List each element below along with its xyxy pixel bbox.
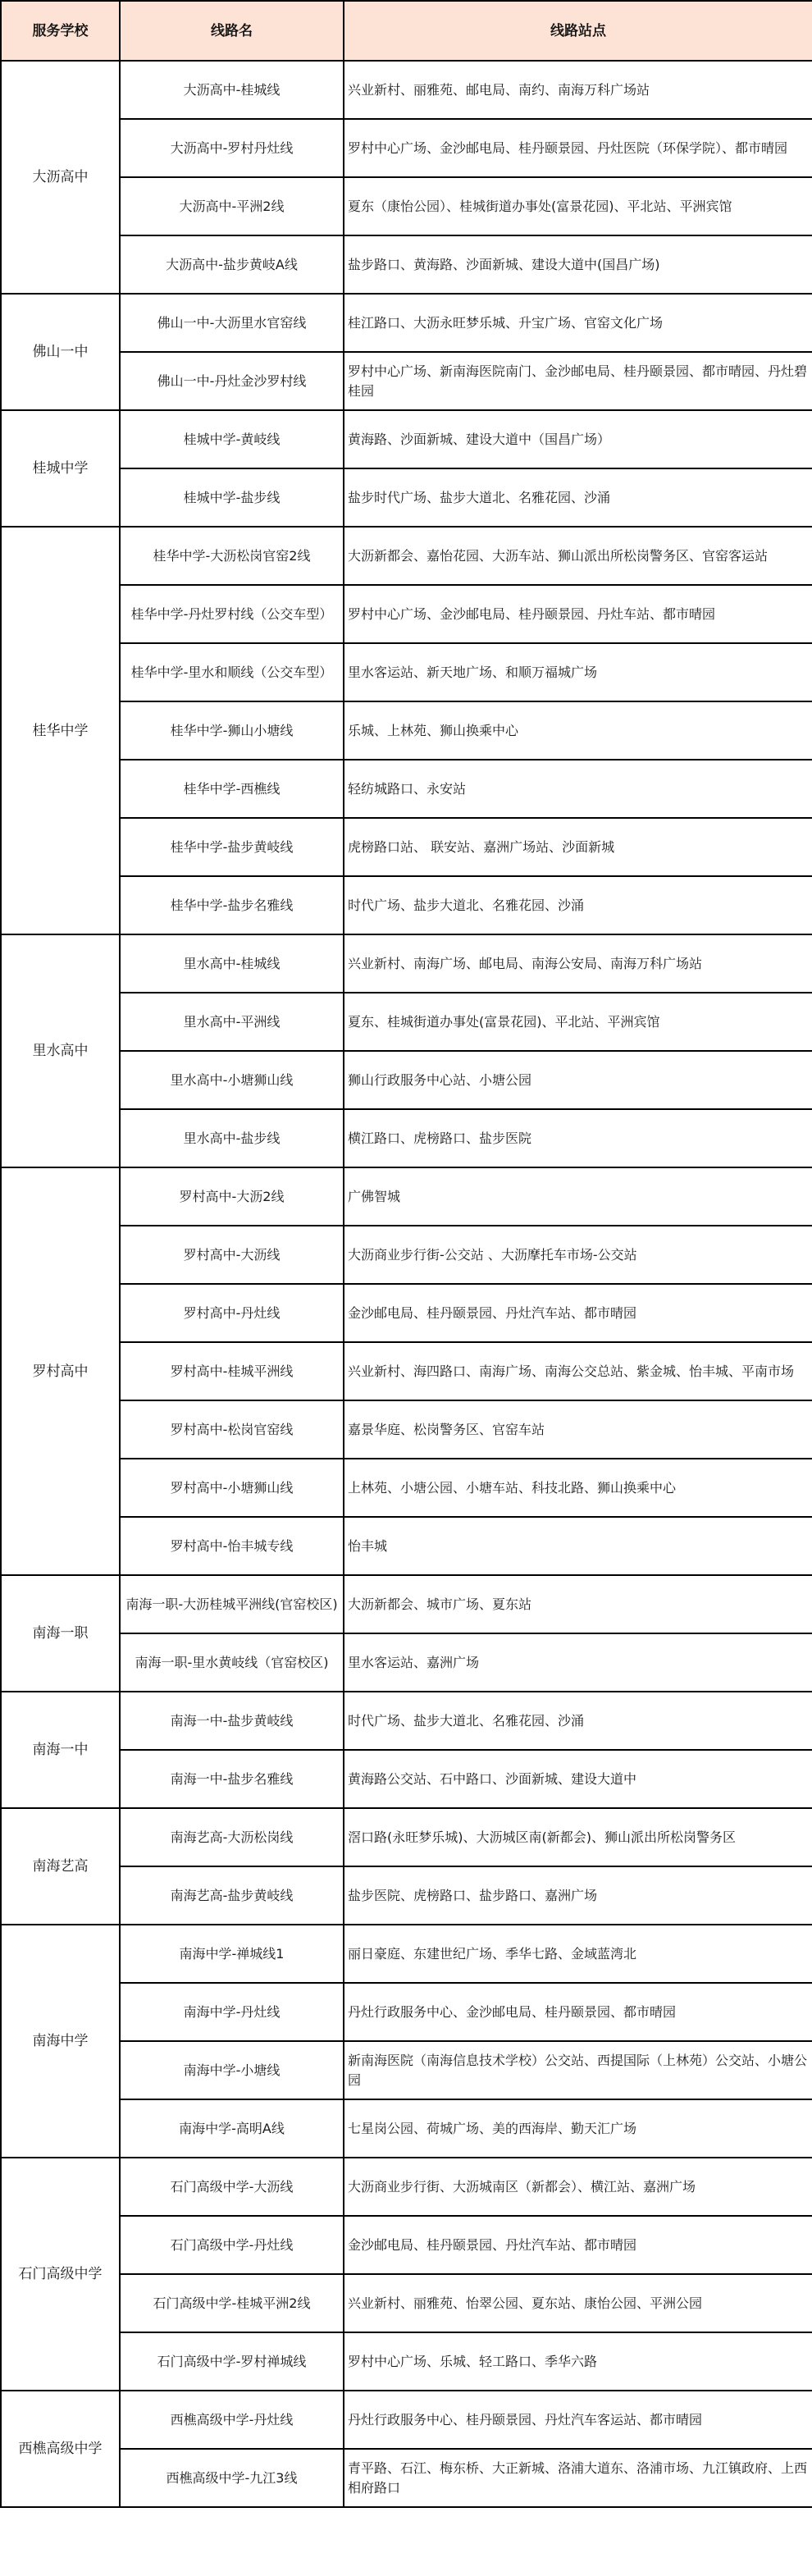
table-row: 南海艺高-盐步黄岐线盐步医院、虎榜路口、盐步路口、嘉洲广场	[1, 1866, 812, 1925]
route-name-cell: 罗村高中-怡丰城专线	[120, 1517, 344, 1575]
route-stops-cell: 轻纺城路口、永安站	[344, 760, 812, 818]
route-stops-cell: 罗村中心广场、乐城、轻工路口、季华六路	[344, 2332, 812, 2391]
route-stops-cell: 罗村中心广场、金沙邮电局、桂丹颐景园、丹灶医院（环保学院）、都市晴园	[344, 119, 812, 177]
route-name-cell: 南海艺高-大沥松岗线	[120, 1808, 344, 1866]
bus-route-table: 服务学校 线路名 线路站点 大沥高中大沥高中-桂城线兴业新村、丽雅苑、邮电局、南…	[0, 0, 812, 2508]
route-name-cell: 石门高级中学-桂城平洲2线	[120, 2274, 344, 2332]
route-stops-cell: 夏东（康怡公园）、桂城街道办事处(富景花园)、平北站、平洲宾馆	[344, 177, 812, 235]
table-row: 南海中学南海中学-禅城线1丽日豪庭、东建世纪广场、季华七路、金域蓝湾北	[1, 1925, 812, 1983]
table-row: 佛山一中-丹灶金沙罗村线罗村中心广场、新南海医院南门、金沙邮电局、桂丹颐景园、都…	[1, 352, 812, 410]
school-cell: 南海中学	[1, 1925, 120, 2158]
route-stops-cell: 大沥商业步行街、大沥城南区（新都会）、横江站、嘉洲广场	[344, 2158, 812, 2216]
route-stops-cell: 金沙邮电局、桂丹颐景园、丹灶汽车站、都市晴园	[344, 1284, 812, 1342]
route-name-cell: 罗村高中-小塘狮山线	[120, 1459, 344, 1517]
route-name-cell: 桂华中学-盐步名雅线	[120, 876, 344, 934]
route-name-cell: 桂华中学-狮山小塘线	[120, 701, 344, 760]
route-name-cell: 里水高中-小塘狮山线	[120, 1051, 344, 1109]
route-stops-cell: 时代广场、盐步大道北、名雅花园、沙涌	[344, 876, 812, 934]
table-row: 南海一中南海一中-盐步黄岐线时代广场、盐步大道北、名雅花园、沙涌	[1, 1692, 812, 1750]
route-name-cell: 桂城中学-盐步线	[120, 468, 344, 527]
route-stops-cell: 罗村中心广场、金沙邮电局、桂丹颐景园、丹灶车站、都市晴园	[344, 585, 812, 643]
route-name-cell: 南海中学-小塘线	[120, 2041, 344, 2099]
route-stops-cell: 七星岗公园、荷城广场、美的西海岸、勤天汇广场	[344, 2099, 812, 2158]
table-row: 桂华中学-丹灶罗村线（公交车型）罗村中心广场、金沙邮电局、桂丹颐景园、丹灶车站、…	[1, 585, 812, 643]
route-name-cell: 里水高中-平洲线	[120, 993, 344, 1051]
table-row: 桂华中学-西樵线轻纺城路口、永安站	[1, 760, 812, 818]
table-row: 罗村高中-丹灶线金沙邮电局、桂丹颐景园、丹灶汽车站、都市晴园	[1, 1284, 812, 1342]
route-stops-cell: 新南海医院（南海信息技术学校）公交站、西提国际（上林苑）公交站、小塘公园	[344, 2041, 812, 2099]
route-stops-cell: 丽日豪庭、东建世纪广场、季华七路、金域蓝湾北	[344, 1925, 812, 1983]
header-route: 线路名	[120, 1, 344, 61]
route-stops-cell: 狮山行政服务中心站、小塘公园	[344, 1051, 812, 1109]
route-stops-cell: 大沥新都会、嘉怡花园、大沥车站、狮山派出所松岗警务区、官窑客运站	[344, 527, 812, 585]
table-row: 里水高中-平洲线夏东、桂城街道办事处(富景花园)、平北站、平洲宾馆	[1, 993, 812, 1051]
table-row: 佛山一中佛山一中-大沥里水官窑线桂江路口、大沥永旺梦乐城、升宝广场、官窑文化广场	[1, 294, 812, 352]
table-row: 南海中学-高明A线七星岗公园、荷城广场、美的西海岸、勤天汇广场	[1, 2099, 812, 2158]
table-row: 南海一中-盐步名雅线黄海路公交站、石中路口、沙面新城、建设大道中	[1, 1750, 812, 1808]
route-stops-cell: 金沙邮电局、桂丹颐景园、丹灶汽车站、都市晴园	[344, 2216, 812, 2274]
table-row: 南海中学-丹灶线丹灶行政服务中心、金沙邮电局、桂丹颐景园、都市晴园	[1, 1983, 812, 2041]
route-name-cell: 南海一职-大沥桂城平洲线(官窑校区)	[120, 1575, 344, 1633]
route-name-cell: 南海一中-盐步名雅线	[120, 1750, 344, 1808]
route-name-cell: 桂华中学-里水和顺线（公交车型）	[120, 643, 344, 701]
table-row: 桂华中学-盐步黄岐线虎榜路口站、 联安站、嘉洲广场站、沙面新城	[1, 818, 812, 876]
route-name-cell: 佛山一中-丹灶金沙罗村线	[120, 352, 344, 410]
route-stops-cell: 怡丰城	[344, 1517, 812, 1575]
table-row: 南海一职-里水黄岐线（官窑校区)里水客运站、嘉洲广场	[1, 1633, 812, 1692]
route-stops-cell: 黄海路、沙面新城、建设大道中（国昌广场）	[344, 410, 812, 468]
route-name-cell: 桂华中学-丹灶罗村线（公交车型）	[120, 585, 344, 643]
route-stops-cell: 大沥新都会、城市广场、夏东站	[344, 1575, 812, 1633]
route-stops-cell: 兴业新村、南海广场、邮电局、南海公安局、南海万科广场站	[344, 934, 812, 993]
school-cell: 南海一中	[1, 1692, 120, 1808]
table-row: 南海中学-小塘线新南海医院（南海信息技术学校）公交站、西提国际（上林苑）公交站、…	[1, 2041, 812, 2099]
route-stops-cell: 虎榜路口站、 联安站、嘉洲广场站、沙面新城	[344, 818, 812, 876]
table-row: 里水高中-盐步线横江路口、虎榜路口、盐步医院	[1, 1109, 812, 1167]
route-stops-cell: 滘口路(永旺梦乐城)、大沥城区南(新都会)、狮山派出所松岗警务区	[344, 1808, 812, 1866]
table-row: 桂城中学-盐步线盐步时代广场、盐步大道北、名雅花园、沙涌	[1, 468, 812, 527]
table-row: 桂华中学-狮山小塘线乐城、上林苑、狮山换乘中心	[1, 701, 812, 760]
table-row: 大沥高中大沥高中-桂城线兴业新村、丽雅苑、邮电局、南约、南海万科广场站	[1, 61, 812, 119]
table-body: 大沥高中大沥高中-桂城线兴业新村、丽雅苑、邮电局、南约、南海万科广场站大沥高中-…	[1, 61, 812, 2507]
route-name-cell: 罗村高中-松岗官窑线	[120, 1400, 344, 1459]
route-name-cell: 石门高级中学-大沥线	[120, 2158, 344, 2216]
route-name-cell: 里水高中-盐步线	[120, 1109, 344, 1167]
route-name-cell: 罗村高中-丹灶线	[120, 1284, 344, 1342]
table-row: 石门高级中学-丹灶线金沙邮电局、桂丹颐景园、丹灶汽车站、都市晴园	[1, 2216, 812, 2274]
school-cell: 里水高中	[1, 934, 120, 1167]
route-name-cell: 南海一职-里水黄岐线（官窑校区)	[120, 1633, 344, 1692]
route-name-cell: 南海中学-高明A线	[120, 2099, 344, 2158]
route-stops-cell: 盐步路口、黄海路、沙面新城、建设大道中(国昌广场)	[344, 235, 812, 294]
route-stops-cell: 乐城、上林苑、狮山换乘中心	[344, 701, 812, 760]
header-school: 服务学校	[1, 1, 120, 61]
header-stops: 线路站点	[344, 1, 812, 61]
route-stops-cell: 黄海路公交站、石中路口、沙面新城、建设大道中	[344, 1750, 812, 1808]
table-row: 桂城中学桂城中学-黄岐线黄海路、沙面新城、建设大道中（国昌广场）	[1, 410, 812, 468]
route-name-cell: 石门高级中学-丹灶线	[120, 2216, 344, 2274]
route-stops-cell: 兴业新村、海四路口、南海广场、南海公交总站、紫金城、怡丰城、平南市场	[344, 1342, 812, 1400]
route-stops-cell: 盐步时代广场、盐步大道北、名雅花园、沙涌	[344, 468, 812, 527]
school-cell: 南海一职	[1, 1575, 120, 1692]
table-row: 罗村高中-小塘狮山线上林苑、小塘公园、小塘车站、科技北路、狮山换乘中心	[1, 1459, 812, 1517]
table-row: 罗村高中-桂城平洲线兴业新村、海四路口、南海广场、南海公交总站、紫金城、怡丰城、…	[1, 1342, 812, 1400]
table-row: 石门高级中学-罗村禅城线罗村中心广场、乐城、轻工路口、季华六路	[1, 2332, 812, 2391]
school-cell: 桂城中学	[1, 410, 120, 527]
table-row: 大沥高中-罗村丹灶线罗村中心广场、金沙邮电局、桂丹颐景园、丹灶医院（环保学院）、…	[1, 119, 812, 177]
route-stops-cell: 上林苑、小塘公园、小塘车站、科技北路、狮山换乘中心	[344, 1459, 812, 1517]
table-row: 大沥高中-盐步黄岐A线盐步路口、黄海路、沙面新城、建设大道中(国昌广场)	[1, 235, 812, 294]
school-cell: 大沥高中	[1, 61, 120, 294]
table-row: 大沥高中-平洲2线夏东（康怡公园）、桂城街道办事处(富景花园)、平北站、平洲宾馆	[1, 177, 812, 235]
route-name-cell: 西樵高级中学-丹灶线	[120, 2391, 344, 2449]
table-row: 石门高级中学石门高级中学-大沥线大沥商业步行街、大沥城南区（新都会）、横江站、嘉…	[1, 2158, 812, 2216]
route-stops-cell: 时代广场、盐步大道北、名雅花园、沙涌	[344, 1692, 812, 1750]
table-row: 罗村高中罗村高中-大沥2线广佛智城	[1, 1167, 812, 1226]
route-name-cell: 桂华中学-盐步黄岐线	[120, 818, 344, 876]
route-stops-cell: 桂江路口、大沥永旺梦乐城、升宝广场、官窑文化广场	[344, 294, 812, 352]
header-row: 服务学校 线路名 线路站点	[1, 1, 812, 61]
route-name-cell: 南海中学-禅城线1	[120, 1925, 344, 1983]
table-row: 里水高中-小塘狮山线狮山行政服务中心站、小塘公园	[1, 1051, 812, 1109]
route-stops-cell: 大沥商业步行街-公交站 、大沥摩托车市场-公交站	[344, 1226, 812, 1284]
table-row: 桂华中学-里水和顺线（公交车型）里水客运站、新天地广场、和顺万福城广场	[1, 643, 812, 701]
table-row: 南海艺高南海艺高-大沥松岗线滘口路(永旺梦乐城)、大沥城区南(新都会)、狮山派出…	[1, 1808, 812, 1866]
route-stops-cell: 罗村中心广场、新南海医院南门、金沙邮电局、桂丹颐景园、都市晴园、丹灶碧桂园	[344, 352, 812, 410]
school-cell: 桂华中学	[1, 527, 120, 934]
route-name-cell: 大沥高中-罗村丹灶线	[120, 119, 344, 177]
school-cell: 佛山一中	[1, 294, 120, 410]
route-name-cell: 南海一中-盐步黄岐线	[120, 1692, 344, 1750]
route-stops-cell: 横江路口、虎榜路口、盐步医院	[344, 1109, 812, 1167]
school-cell: 西樵高级中学	[1, 2391, 120, 2507]
route-name-cell: 桂华中学-大沥松岗官窑2线	[120, 527, 344, 585]
route-name-cell: 桂华中学-西樵线	[120, 760, 344, 818]
route-stops-cell: 里水客运站、新天地广场、和顺万福城广场	[344, 643, 812, 701]
table-row: 西樵高级中学-九江3线青平路、石江、梅东桥、大正新城、洛浦大道东、洛浦市场、九江…	[1, 2449, 812, 2507]
table-row: 桂华中学-盐步名雅线时代广场、盐步大道北、名雅花园、沙涌	[1, 876, 812, 934]
route-stops-cell: 丹灶行政服务中心、金沙邮电局、桂丹颐景园、都市晴园	[344, 1983, 812, 2041]
school-cell: 罗村高中	[1, 1167, 120, 1575]
route-name-cell: 大沥高中-盐步黄岐A线	[120, 235, 344, 294]
table-row: 罗村高中-大沥线大沥商业步行街-公交站 、大沥摩托车市场-公交站	[1, 1226, 812, 1284]
route-name-cell: 里水高中-桂城线	[120, 934, 344, 993]
table-row: 罗村高中-怡丰城专线怡丰城	[1, 1517, 812, 1575]
table-row: 罗村高中-松岗官窑线嘉景华庭、松岗警务区、官窑车站	[1, 1400, 812, 1459]
table-row: 里水高中里水高中-桂城线兴业新村、南海广场、邮电局、南海公安局、南海万科广场站	[1, 934, 812, 993]
route-stops-cell: 丹灶行政服务中心、桂丹颐景园、丹灶汽车客运站、都市晴园	[344, 2391, 812, 2449]
route-stops-cell: 嘉景华庭、松岗警务区、官窑车站	[344, 1400, 812, 1459]
school-cell: 石门高级中学	[1, 2158, 120, 2391]
route-name-cell: 桂城中学-黄岐线	[120, 410, 344, 468]
route-name-cell: 南海中学-丹灶线	[120, 1983, 344, 2041]
table-row: 南海一职南海一职-大沥桂城平洲线(官窑校区)大沥新都会、城市广场、夏东站	[1, 1575, 812, 1633]
route-name-cell: 大沥高中-桂城线	[120, 61, 344, 119]
route-name-cell: 南海艺高-盐步黄岐线	[120, 1866, 344, 1925]
route-name-cell: 大沥高中-平洲2线	[120, 177, 344, 235]
route-stops-cell: 兴业新村、丽雅苑、怡翠公园、夏东站、康怡公园、平洲公园	[344, 2274, 812, 2332]
route-stops-cell: 青平路、石江、梅东桥、大正新城、洛浦大道东、洛浦市场、九江镇政府、上西相府路口	[344, 2449, 812, 2507]
route-name-cell: 西樵高级中学-九江3线	[120, 2449, 344, 2507]
table-row: 石门高级中学-桂城平洲2线兴业新村、丽雅苑、怡翠公园、夏东站、康怡公园、平洲公园	[1, 2274, 812, 2332]
route-stops-cell: 盐步医院、虎榜路口、盐步路口、嘉洲广场	[344, 1866, 812, 1925]
route-stops-cell: 兴业新村、丽雅苑、邮电局、南约、南海万科广场站	[344, 61, 812, 119]
route-name-cell: 罗村高中-桂城平洲线	[120, 1342, 344, 1400]
route-name-cell: 佛山一中-大沥里水官窑线	[120, 294, 344, 352]
school-cell: 南海艺高	[1, 1808, 120, 1925]
route-stops-cell: 里水客运站、嘉洲广场	[344, 1633, 812, 1692]
route-stops-cell: 广佛智城	[344, 1167, 812, 1226]
table-row: 桂华中学桂华中学-大沥松岗官窑2线大沥新都会、嘉怡花园、大沥车站、狮山派出所松岗…	[1, 527, 812, 585]
route-name-cell: 罗村高中-大沥线	[120, 1226, 344, 1284]
route-stops-cell: 夏东、桂城街道办事处(富景花园)、平北站、平洲宾馆	[344, 993, 812, 1051]
table-row: 西樵高级中学西樵高级中学-丹灶线丹灶行政服务中心、桂丹颐景园、丹灶汽车客运站、都…	[1, 2391, 812, 2449]
route-name-cell: 罗村高中-大沥2线	[120, 1167, 344, 1226]
route-name-cell: 石门高级中学-罗村禅城线	[120, 2332, 344, 2391]
